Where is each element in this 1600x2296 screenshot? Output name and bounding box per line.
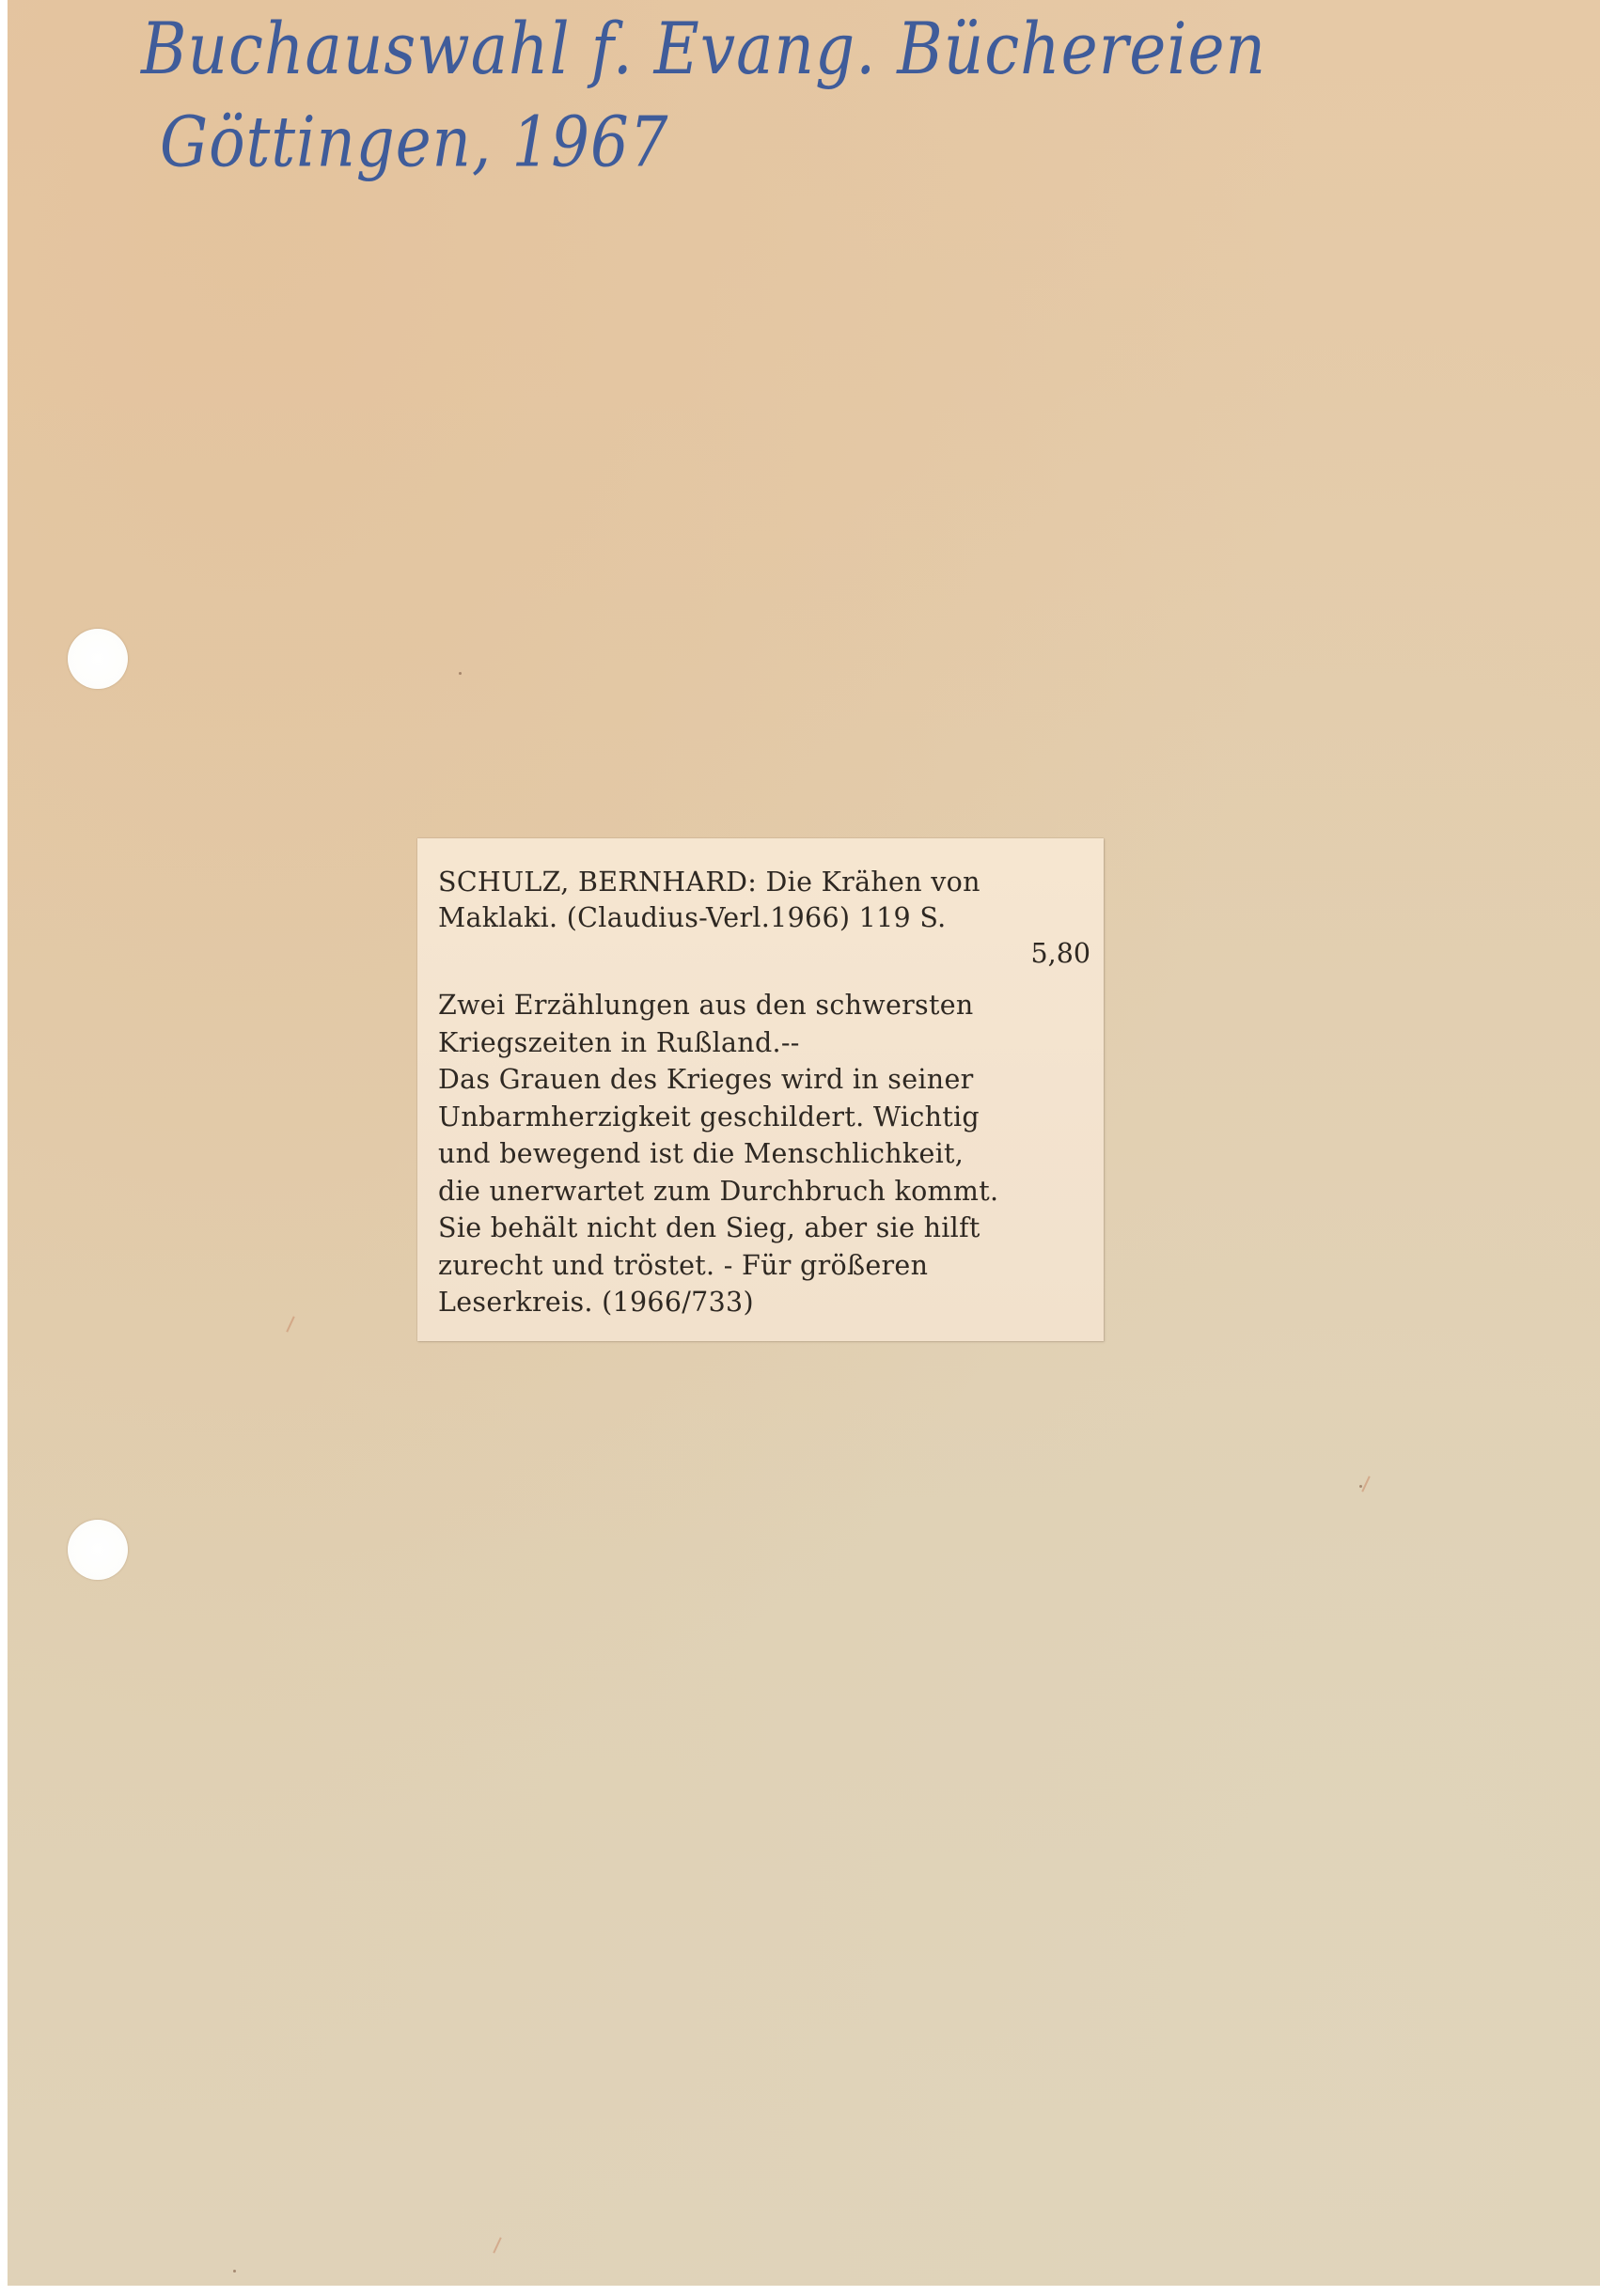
body-line: die unerwartet zum Durchbruch kommt. [438,1173,1090,1210]
review-clipping: SCHULZ, BERNHARD: Die Krähen von Maklaki… [417,838,1104,1341]
body-line: und bewegend ist die Menschlichkeit, [438,1135,1090,1173]
price: 5,80 [1031,936,1090,972]
body-line: Sie behält nicht den Sieg, aber sie hilf… [438,1210,1090,1247]
paper-fiber [493,2237,501,2253]
bibliographic-header: SCHULZ, BERNHARD: Die Krähen von Maklaki… [438,865,1090,936]
handwritten-source-title: Buchauswahl f. Evang. Büchereien [141,8,1266,91]
body-line: Das Grauen des Krieges wird in seiner [438,1061,1090,1099]
punch-hole-lower [68,1520,128,1580]
header-line: Maklaki. (Claudius-Verl.1966) 119 S. [438,900,1090,936]
body-line: Kriegszeiten in Rußland.-- [438,1024,1090,1062]
header-line: SCHULZ, BERNHARD: Die Krähen von [438,865,1090,900]
body-line: Leserkreis. (1966/733) [438,1284,1090,1321]
handwritten-place-year: Göttingen, 1967 [160,103,668,183]
body-line: zurecht und tröstet. - Für größeren [438,1247,1090,1285]
body-line: Zwei Erzählungen aus den schwersten [438,987,1090,1024]
paper-speck [459,672,462,675]
review-body: Zwei Erzählungen aus den schwersten Krie… [438,987,1090,1321]
paper-speck [233,2270,236,2273]
punch-hole-upper [68,629,128,689]
paper-fiber [286,1316,294,1332]
paper-speck [1359,1485,1362,1488]
body-line: Unbarmherzigkeit geschildert. Wichtig [438,1099,1090,1136]
paper-fiber [1361,1476,1370,1492]
